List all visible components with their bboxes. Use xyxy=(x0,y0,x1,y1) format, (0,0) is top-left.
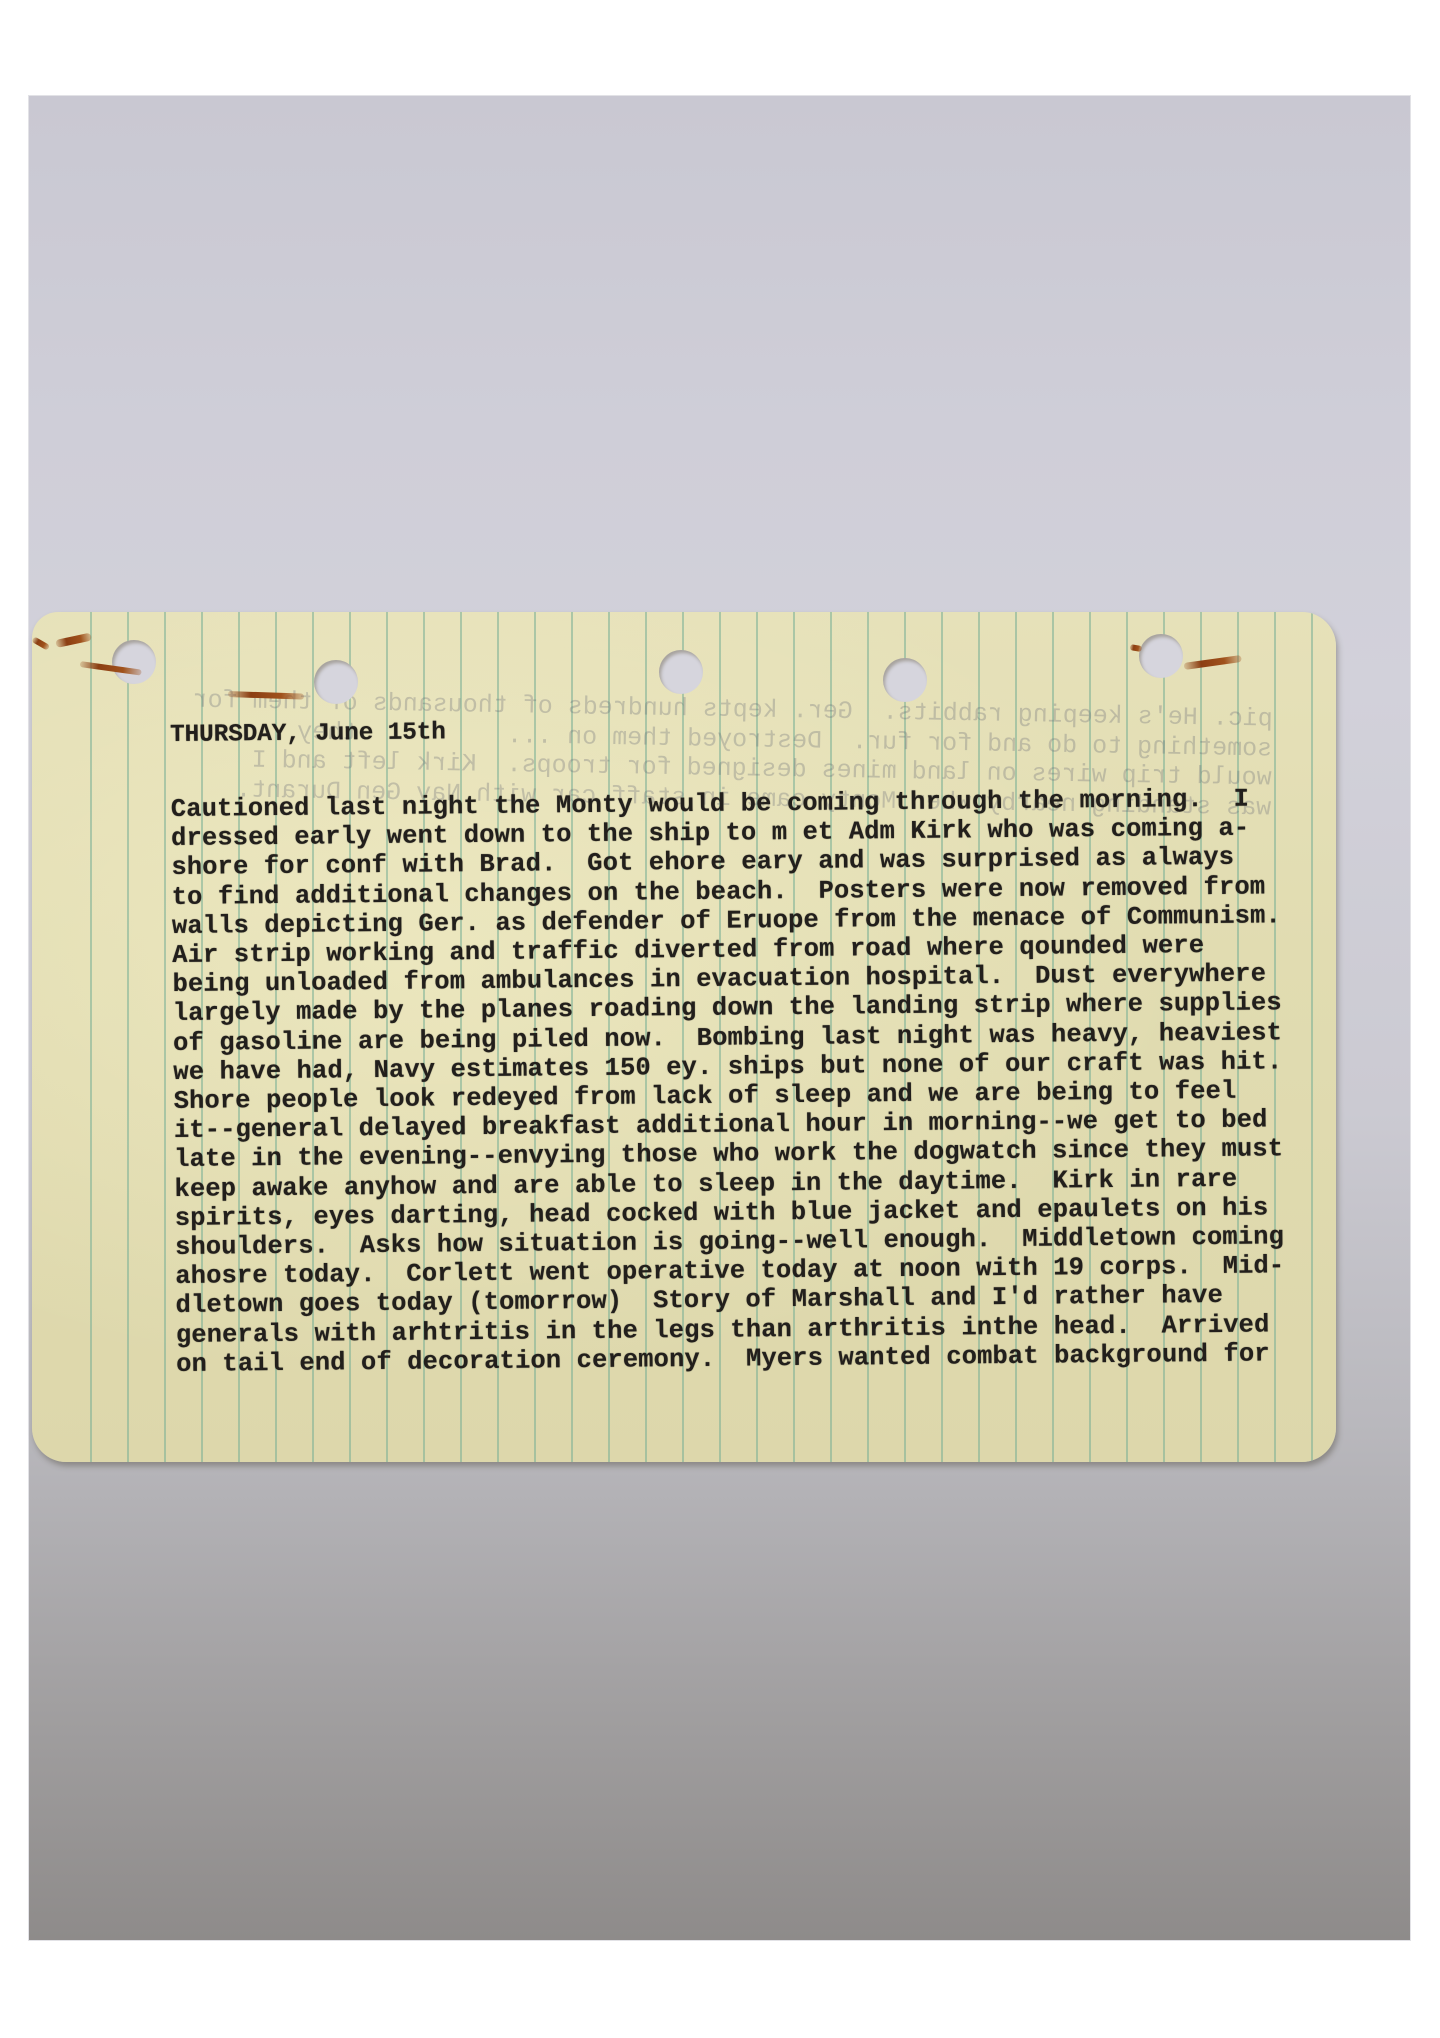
rust-stain xyxy=(228,691,304,700)
punch-hole-3 xyxy=(659,650,703,694)
punch-hole-4 xyxy=(883,658,927,702)
rule-line xyxy=(164,612,166,1462)
entry-heading: THURSDAY, June 15th xyxy=(170,711,1320,749)
rule-line xyxy=(90,612,92,1462)
punch-hole-5 xyxy=(1139,634,1183,678)
rust-stain xyxy=(32,636,50,650)
index-card: pic. He's keeping rabbits. Ger. kepts hu… xyxy=(32,612,1336,1462)
punch-hole-2 xyxy=(314,660,358,704)
rust-stain xyxy=(1129,644,1142,652)
rust-stain xyxy=(1184,655,1242,670)
punch-hole-1 xyxy=(112,640,156,684)
rust-stain xyxy=(55,633,92,648)
rule-line xyxy=(127,612,129,1462)
entry-body: Cautioned last night the Monty would be … xyxy=(171,784,1327,1379)
typed-entry: THURSDAY, June 15th Cautioned last night… xyxy=(170,711,1326,1379)
